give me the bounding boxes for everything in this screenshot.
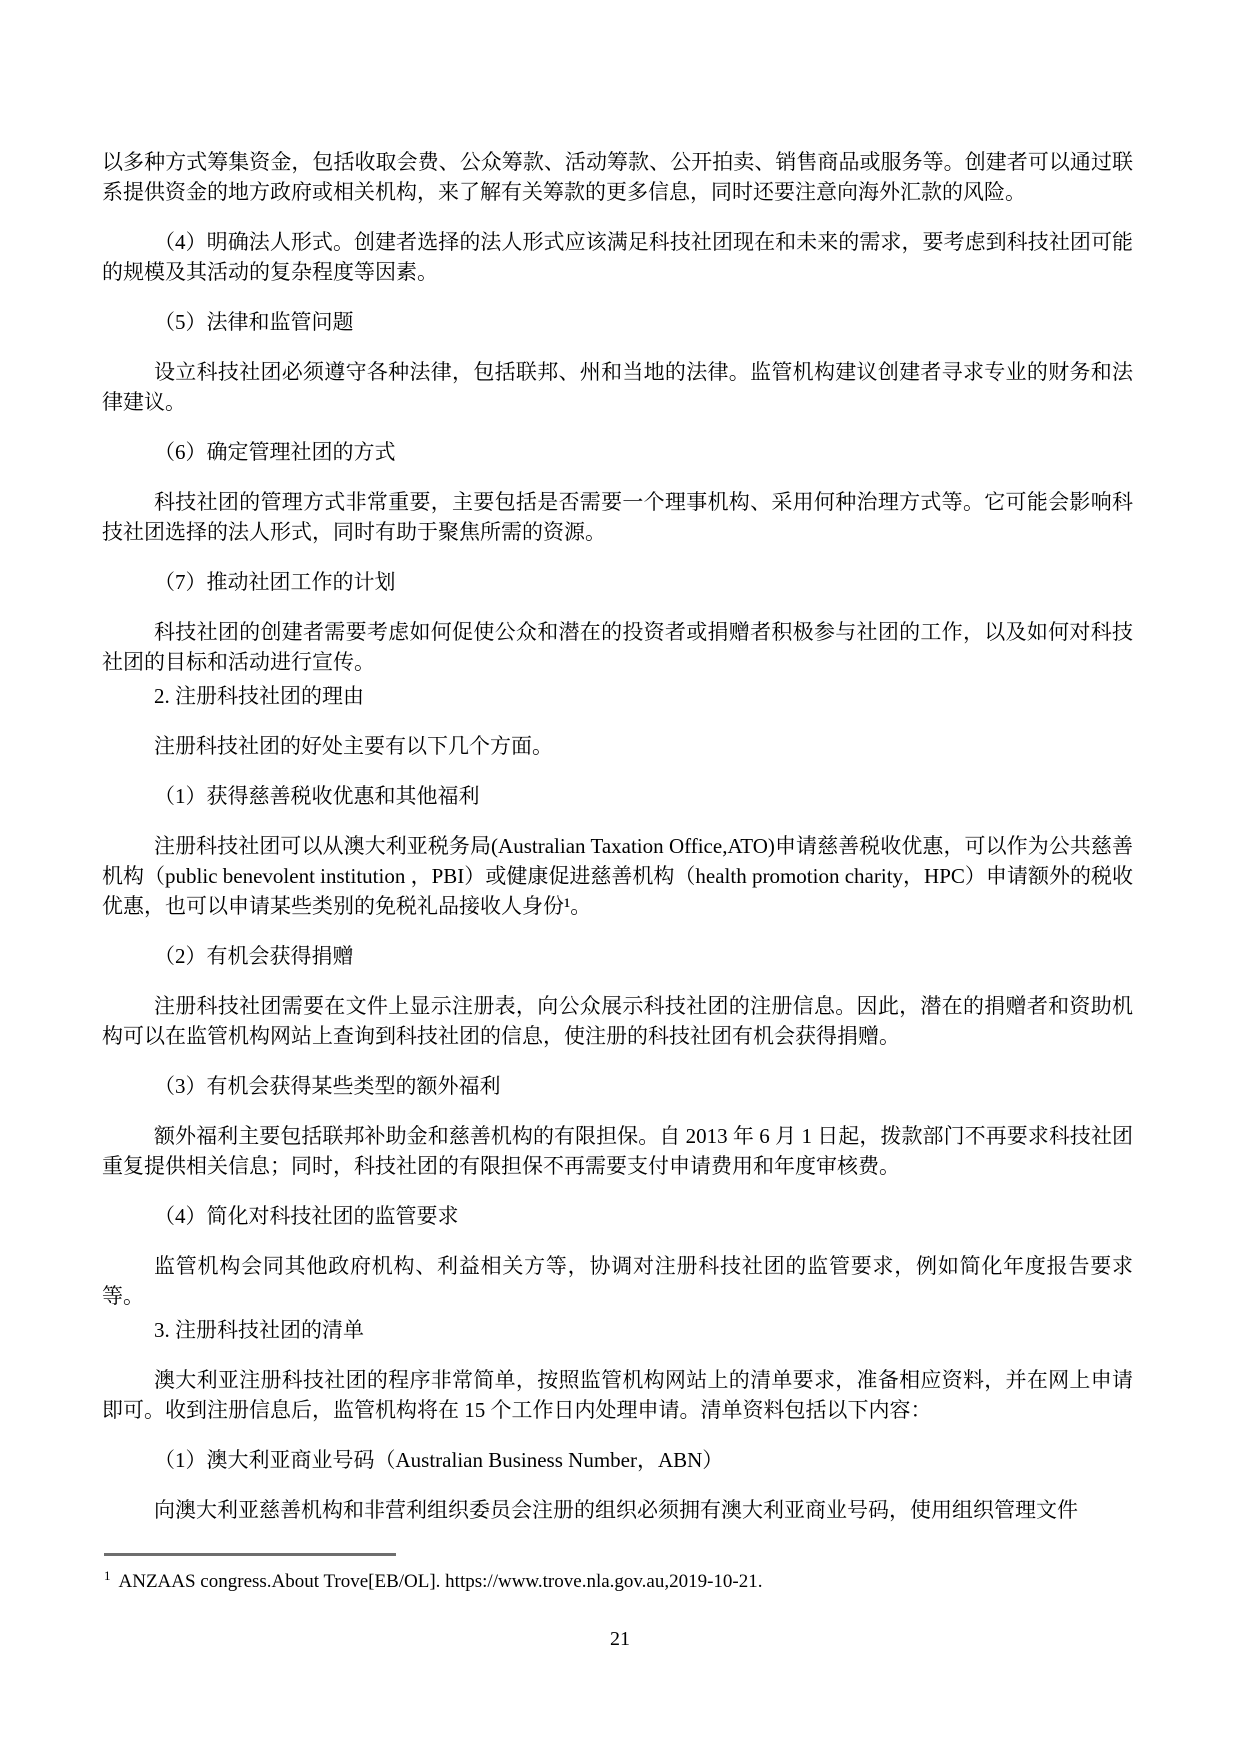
- section-heading: （1）澳大利亚商业号码（Australian Business Number，A…: [102, 1445, 1133, 1475]
- section-heading: （1）获得慈善税收优惠和其他福利: [102, 781, 1133, 811]
- paragraph: 科技社团的管理方式非常重要，主要包括是否需要一个理事机构、采用何种治理方式等。它…: [102, 487, 1133, 547]
- paragraph: 以多种方式筹集资金，包括收取会费、公众筹款、活动筹款、公开拍卖、销售商品或服务等…: [102, 147, 1133, 207]
- paragraph: 监管机构会同其他政府机构、利益相关方等，协调对注册科技社团的监管要求，例如简化年…: [102, 1251, 1133, 1311]
- footnote-separator: [104, 1553, 396, 1556]
- paragraph: 注册科技社团需要在文件上显示注册表，向公众展示科技社团的注册信息。因此，潜在的捐…: [102, 991, 1133, 1051]
- paragraph: 向澳大利亚慈善机构和非营利组织委员会注册的组织必须拥有澳大利亚商业号码，使用组织…: [102, 1495, 1133, 1525]
- paragraph: 澳大利亚注册科技社团的程序非常简单，按照监管机构网站上的清单要求，准备相应资料，…: [102, 1365, 1133, 1425]
- section-heading: （6）确定管理社团的方式: [102, 437, 1133, 467]
- section-heading: （3）有机会获得某些类型的额外福利: [102, 1071, 1133, 1101]
- paragraph: （4）明确法人形式。创建者选择的法人形式应该满足科技社团现在和未来的需求，要考虑…: [102, 227, 1133, 287]
- paragraph: 科技社团的创建者需要考虑如何促使公众和潜在的投资者或捐赠者积极参与社团的工作，以…: [102, 617, 1133, 677]
- section-heading: （5）法律和监管问题: [102, 307, 1133, 337]
- paragraph: 设立科技社团必须遵守各种法律，包括联邦、州和当地的法律。监管机构建议创建者寻求专…: [102, 357, 1133, 417]
- document-page: 以多种方式筹集资金，包括收取会费、公众筹款、活动筹款、公开拍卖、销售商品或服务等…: [0, 0, 1240, 1753]
- section-heading: 3. 注册科技社团的清单: [102, 1315, 1133, 1345]
- paragraph: 额外福利主要包括联邦补助金和慈善机构的有限担保。自 2013 年 6 月 1 日…: [102, 1121, 1133, 1181]
- footnote: 1ANZAAS congress.About Trove[EB/OL]. htt…: [104, 1569, 1135, 1595]
- document-body: 以多种方式筹集资金，包括收取会费、公众筹款、活动筹款、公开拍卖、销售商品或服务等…: [102, 147, 1133, 1525]
- paragraph: 注册科技社团可以从澳大利亚税务局(Australian Taxation Off…: [102, 831, 1133, 921]
- section-heading: （7）推动社团工作的计划: [102, 567, 1133, 597]
- section-heading: （4）简化对科技社团的监管要求: [102, 1201, 1133, 1231]
- section-heading: 2. 注册科技社团的理由: [102, 681, 1133, 711]
- page-number: 21: [0, 1626, 1240, 1652]
- paragraph: 注册科技社团的好处主要有以下几个方面。: [102, 731, 1133, 761]
- footnote-marker: 1: [104, 1568, 111, 1583]
- section-heading: （2）有机会获得捐赠: [102, 941, 1133, 971]
- footnote-text: ANZAAS congress.About Trove[EB/OL]. http…: [119, 1571, 763, 1592]
